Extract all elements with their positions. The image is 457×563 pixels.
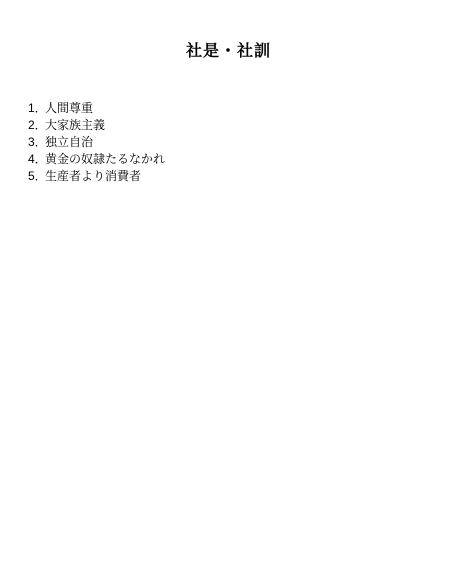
list-item-number: 4． (28, 151, 45, 168)
list-item-text: 生産者より消費者 (45, 168, 141, 185)
list-item-number: 5． (28, 168, 45, 185)
list-item: 2． 大家族主義 (28, 117, 165, 134)
list-item-text: 大家族主義 (45, 117, 105, 134)
list-item-text: 独立自治 (45, 134, 93, 151)
list-item-number: 3． (28, 134, 45, 151)
list-item: 3． 独立自治 (28, 134, 165, 151)
list-item-text: 黄金の奴隷たるなかれ (45, 151, 165, 168)
list-item-text: 人間尊重 (45, 100, 93, 117)
list-item-number: 1． (28, 100, 45, 117)
list-item-number: 2． (28, 117, 45, 134)
list-item: 5． 生産者より消費者 (28, 168, 165, 185)
document-page: 社是・社訓 1． 人間尊重 2． 大家族主義 3． 独立自治 4． 黄金の奴隷た… (0, 0, 457, 563)
page-title: 社是・社訓 (0, 38, 457, 61)
creed-list: 1． 人間尊重 2． 大家族主義 3． 独立自治 4． 黄金の奴隷たるなかれ 5… (28, 100, 165, 185)
list-item: 4． 黄金の奴隷たるなかれ (28, 151, 165, 168)
list-item: 1． 人間尊重 (28, 100, 165, 117)
